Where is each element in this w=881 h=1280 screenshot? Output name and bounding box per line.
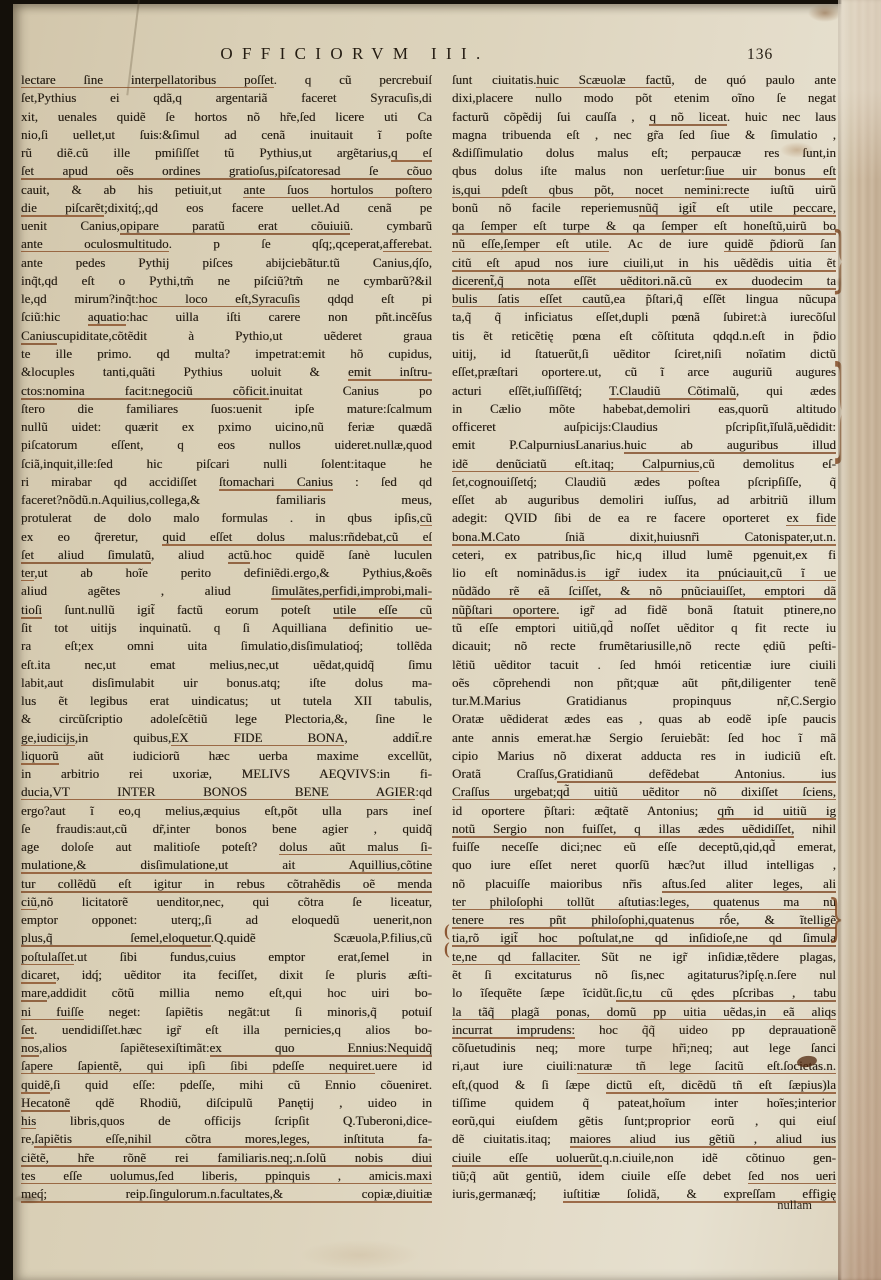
text-line: eſſet ab auguribus demoliri iuſſus, ad a… [452, 491, 836, 509]
text-line: eſt.ita nec,ut emat melius,nec,ut uẽdat,… [21, 656, 432, 674]
underlined-text: ſapiẽtis eſſe,nihil cõtra mores,leges, i… [34, 1131, 432, 1148]
text-line: ra eſt;ex omni uita ſimulatio,disſimulat… [21, 637, 432, 655]
underlined-text: ter philoſophi tollũt aſtutias:leges, qu… [452, 894, 836, 910]
text-line: inq̃t,qd eſt o Pythi,tm̃ ne piſciũ?tm̃ n… [21, 272, 432, 290]
underlined-text: dictũ eſt, dicẽdũ tñ eſt ſæpius)la [606, 1077, 836, 1094]
underlined-text: ciũ [21, 894, 37, 910]
text-line: qbus dolus iſte malus non uerſetur:ſiue … [452, 162, 836, 180]
text-line: plus,q̃ ſemel,eloquetur.Q.quidẽ Scæuola,… [21, 929, 432, 947]
text-line: & circũſcriptio adoleſcẽtiũ lege Plector… [21, 710, 432, 728]
text-line: dixi,placere nullo modo põt etenim oĩno … [452, 89, 836, 107]
text-line: ſciũ:hic aquatio:hac uilla iſti carere n… [21, 308, 432, 326]
underlined-text: ge,iudicijs [21, 730, 75, 746]
underlined-text: ſiue uir bonus eſt [705, 163, 836, 180]
underlined-text: q nõ liceat [649, 109, 726, 126]
catchword: nullam [452, 1198, 838, 1213]
text-line: quo iure eſſet neret quorſũ hæc?ut illud… [452, 856, 836, 874]
text-line: faceret?nõdũ.n.Aquilius,collega,& famili… [21, 491, 432, 509]
text-line: nullũ uidet: quærit ex pximo uicino,nũ f… [21, 418, 432, 436]
text-line: eorũ,qui eiuſdem gẽtis ſunt;proprior eor… [452, 1112, 836, 1130]
text-line: bona.M.Cato ſniã dixit,huiusnr̃i Catonis… [452, 528, 836, 546]
text-line: aliud agẽtes , aliud ſimulãtes,perfidi,i… [21, 582, 432, 600]
underlined-text: dicaret [21, 967, 56, 984]
underlined-text: Gratidianũ defẽdebat Antonius. ius [557, 766, 836, 783]
text-line: id oportere p̃ſtari: æq̃tatẽ Antonius; q… [452, 802, 836, 820]
underlined-text: q eſ [391, 145, 432, 162]
text-line: le,qd mirum?inq̃t:hoc loco eſt,Syracuſis… [21, 290, 432, 308]
underlined-text: actũ [228, 547, 250, 564]
underlined-text: ctos:nomina facit:negociũ cõficit. [21, 383, 269, 400]
underlined-text: hoc loco eſt,Syracuſis [139, 291, 300, 307]
underlined-text: T.Claudiũ Cõtimalũ [609, 383, 736, 400]
text-line: labit,aut disſimulabit uir bonus.atq; iſ… [21, 674, 432, 692]
text-line: his libris,quos de officijs ſcripſit Q.T… [21, 1112, 432, 1130]
underlined-text: utile eſſe cũ [333, 602, 432, 619]
book-fore-edge [838, 0, 881, 1280]
text-line: tioſi ſunt.nullũ igit̃ factũ eorum poteſ… [21, 601, 432, 619]
text-line: ſapere ſapientẽ, qui ipſi ſibi pdeſſe ne… [21, 1057, 432, 1075]
underlined-text: mare [21, 985, 47, 1002]
underlined-text: ciẽtẽ, hr̃e rõnẽ rei familiaris.neq;.n.ſ… [21, 1150, 432, 1167]
underlined-text: huic ab auguribus illud [624, 437, 836, 454]
underlined-text: dicerent̃,q̃ nota eſſẽt uẽditori.nã.cũ e… [452, 273, 836, 290]
text-line: uitij, id ſtatuerũt,ſi uẽditor ſciret,ni… [452, 345, 836, 363]
underlined-text: citũ eſt apud nos iure ciuili,ut in his … [452, 255, 836, 272]
underlined-text: quidẽ p̃diorũ ſan [724, 236, 836, 252]
text-line: ciũ,nõ licitatorẽ uenditor,nec, qui cõtr… [21, 893, 432, 911]
text-line: in arbitrio rei uxoriæ, MELIVS AEQVIVS:i… [21, 765, 432, 783]
underlined-text: meq́; reip.ſingulorum.n.facultates,& cop… [21, 1186, 432, 1203]
text-line: ſtero die familiares ſuos:uenit ipſe mat… [21, 400, 432, 418]
text-line: ciẽtẽ, hr̃e rõnẽ rei familiaris.neq;.n.ſ… [21, 1149, 432, 1167]
text-line: cõſuetudinis neq; more turpe hr̃i;neq; a… [452, 1039, 836, 1057]
text-line: facturũ cõpẽdij ſui cauſſa , q nõ liceat… [452, 108, 836, 126]
text-line: ſet. uendidiſſet.hæc igr̃ eſt illa perni… [21, 1021, 432, 1039]
underlined-text: ante oculosmultitudo [21, 236, 169, 252]
text-line: ſet apud oẽs ordines gratioſus,piſcatore… [21, 162, 432, 180]
text-line: die piſcarẽt;dixitq́;,qd eos facere uell… [21, 199, 432, 217]
underlined-text: tenere res pñt philoſophi,quatenus rṍe, … [452, 912, 836, 929]
text-line: ter,ut ab hoĩe perito definiẽdi.ergo,& P… [21, 564, 432, 582]
text-line: tes eſſe uolumus,ſed liberis, ppinquis ,… [21, 1167, 432, 1185]
text-line: tur.M.Marius Gratidianus propinquus nr̃,… [452, 692, 836, 710]
text-line: ri,aut iure ciuili:naturæ tñ lege ſacitũ… [452, 1057, 836, 1075]
underlined-text: qa ſemper eſt turpe & qa ſemper eſt hone… [452, 218, 836, 235]
text-line: &diſſimulatio dolus malus eſt; perpaucæ … [452, 144, 836, 162]
underlined-text: is igr̃ iudex ita pnúciauit,cũ ĩ ue [577, 565, 836, 581]
text-line: re,ſapiẽtis eſſe,nihil cõtra mores,leges… [21, 1130, 432, 1148]
text-line: ſet,cognouiſſetq́; Claudiũ ædes poſtea p… [452, 473, 836, 491]
text-line: cipio Marius nõ dixerat adducta res in i… [452, 747, 836, 765]
text-line: dicauit; nõ recte frumẽtariusille,nõ rec… [452, 637, 836, 655]
text-line: ſit tot uitijs inquinatũ. q ſi Aquillian… [21, 619, 432, 637]
text-line: ni fuiſſe neget: ſapiẽtis negãt:ut ſi mi… [21, 1003, 432, 1021]
underlined-text: huic Scæuolæ factũ [536, 72, 671, 88]
text-line: lẽtiũ uẽditor tacuit . ſed hmói reticent… [452, 656, 836, 674]
text-line: ſciã,inquit,ille:ſed hic piſcari nulli ſ… [21, 455, 432, 473]
text-line: ſet aliud ſimulatũ, aliud actũ.hoc quidẽ… [21, 546, 432, 564]
underlined-text: aquatio [88, 309, 126, 326]
underlined-text: liquorũ [21, 748, 59, 765]
underlined-text: ſapere ſapientẽ, qui ipſi ſibi pdeſſe ne… [21, 1058, 375, 1074]
underlined-text: aſtus.ſed aliter leges, ali [662, 876, 836, 893]
margin-paren: ( [444, 921, 450, 941]
text-line: tũ eſſe emptori uitiũ,qd̃ noſſet uẽditor… [452, 619, 836, 637]
text-line: idẽ denũciatũ eſt.itaq; Calpurnius,cũ de… [452, 455, 836, 473]
text-line: nõ placuiſſe maioribus nr̃is aſtus.ſed a… [452, 875, 836, 893]
text-line: tiſſime quidem q̃ pateat,hoĩum inter hoĩ… [452, 1094, 836, 1112]
text-line: ge,iudicijs,in quibus,EX FIDE BONA, addi… [21, 729, 432, 747]
text-line: dicerent̃,q̃ nota eſſẽt uẽditori.nã.cũ e… [452, 272, 836, 290]
underlined-text: opipare paratũ erat cõuiuiũ [120, 218, 350, 235]
underlined-text: mulatione,& disſimulatione,ut ait Aquill… [21, 857, 432, 874]
underlined-text: ciuile eſſe uoluerũt. [452, 1150, 602, 1167]
underlined-text: tioſi [21, 602, 42, 619]
text-line: age doloſe aut malitioſe poteſt? dolus a… [21, 838, 432, 856]
text-line: uenit Canius,opipare paratũ erat cõuiuiũ… [21, 217, 432, 235]
underlined-text: ter [21, 565, 34, 581]
underlined-text: bulis ſatis eſſet cautũ [452, 291, 610, 307]
text-line: lio eſt nominãdus.is igr̃ iudex ita pnúc… [452, 564, 836, 582]
underlined-text: nos [21, 1040, 39, 1057]
underlined-text: afferebat. [383, 236, 432, 252]
text-line: tiũ;q̃ aũt gentiũ, idem ciuile eſſe debe… [452, 1167, 836, 1185]
underlined-text: ex fide [786, 510, 836, 526]
text-line: dẽ ciuitatis.itaq; maiores aliud ius gẽt… [452, 1130, 836, 1148]
text-line: nũ eſſe,ſemper eſt utile. Ac de iure qui… [452, 235, 836, 253]
text-line: citũ eſt apud nos iure ciuili,ut in his … [452, 254, 836, 272]
right-column: ſunt ciuitatis.huic Scæuolæ factũ, de qu… [452, 71, 836, 1203]
text-line: ctos:nomina facit:negociũ cõficit.inuita… [21, 382, 432, 400]
text-line: quidẽ,ſi quid eſſe: pdeſſe, mihi cũ Enni… [21, 1076, 432, 1094]
underlined-text: quidẽ [21, 1077, 50, 1094]
text-line: ducia,VT INTER BONOS BENE AGIER:qd [21, 783, 432, 801]
text-line: ciuile eſſe uoluerũt.q.n.ciuile,non idẽ … [452, 1149, 836, 1167]
underlined-text: ex quo Ennius:Nequidq̃ [210, 1040, 432, 1057]
text-line: te,ne qd fallaciter. Sũt ne igr̃ inſidiæ… [452, 948, 836, 966]
text-line: Craſſus urgebat;qd̃ uitiũ uẽditor nõ dix… [452, 783, 836, 801]
underlined-text: qm̃ id uitiũ ig [717, 803, 836, 820]
underlined-text: EX FIDE BONA [171, 730, 344, 746]
underlined-text: Craſſus urgebat;qd̃ uitiũ uẽditor nõ dix… [452, 784, 836, 800]
text-line: bonũ nõ facile reperiemusnũq̃ igit̃ eſt … [452, 199, 836, 217]
text-line: rũ diẽ.cũ ille pmiſiſſet tũ Pythius,ut a… [21, 144, 432, 162]
text-line: mare,addidit cõtũ millia nemo eſt,qui ho… [21, 984, 432, 1002]
text-line: incurrat imprudens: hoc q̃q̃ uideo pp de… [452, 1021, 836, 1039]
text-line: is,qui pdeſt qbus põt, nocet nemini:rect… [452, 181, 836, 199]
text-line: emptor opponet: uterq;,ſi ad eloquedũ ue… [21, 911, 432, 929]
text-line: ẽt ſi excitaturus nõ ſis,nec agitaturus?… [452, 966, 836, 984]
text-line: ante annis emerat.hæ Sergio ſeruiebãt: ſ… [452, 729, 836, 747]
text-line: Hecatonẽ qdẽ Rhodiũ, diſcipulũ Panętij ,… [21, 1094, 432, 1112]
text-line: nio,ſi uellet,ut ſuis:&ſimul ad cenã inu… [21, 126, 432, 144]
margin-paren: ( [444, 939, 450, 959]
underlined-text: ducia,VT INTER BONOS BENE AGIER [21, 784, 415, 800]
underlined-text: cũ [420, 510, 432, 526]
underlined-text: tes eſſe uolumus,ſed liberis, ppinquis ,… [21, 1168, 432, 1184]
text-line: acturi eſſẽt,iuſſiſſẽtq́; T.Claudiũ Cõti… [452, 382, 836, 400]
text-line: Caniuscupiditate,cõtẽdit à Pythio,ut uẽd… [21, 327, 432, 345]
text-line: ceteri, ex patribus,ſic hic,q illud lumẽ… [452, 546, 836, 564]
text-line: te ille primo. qd multa? impetrat:emit h… [21, 345, 432, 363]
underlined-text: Hecatonẽ [21, 1095, 70, 1112]
text-line: &locuples tanti,quãti Pythius uoluit & e… [21, 363, 432, 381]
text-line: lectare ſine interpellatoribus poſſet. q… [21, 71, 432, 89]
underlined-text: tia,rõ igit̃ hoc poſtulat,ne qd inſidioſ… [452, 930, 836, 947]
text-line: nũp̃ſtari oportere. igr̃ ad fidẽ bonã ſt… [452, 601, 836, 619]
underlined-text: his [21, 1113, 36, 1129]
underlined-text: ſet apud oẽs ordines gratioſus,piſcatore… [21, 163, 432, 180]
text-line: officeret auſpicijs:Claudius pſcripſit,ĩ… [452, 418, 836, 436]
underlined-text: is,qui pdeſt qbus põt, nocet nemini:rect… [452, 182, 749, 198]
underlined-text: quid eſſet dolus malus:rñdebat,cũ eſ [162, 529, 432, 546]
text-line: xit, uenales quidẽ ſe hortos nõ hr̃e,ſed… [21, 108, 432, 126]
text-line: meq́; reip.ſingulorum.n.facultates,& cop… [21, 1185, 432, 1203]
text-line: notũ Sergio non fuiſſet, q illas ædes uẽ… [452, 820, 836, 838]
text-line: lus ẽt legibus erat uindicatus; ut tutel… [21, 692, 432, 710]
page-number: 136 [747, 46, 773, 64]
text-line: ante oculosmultitudo. p ſe qſq;,qceperat… [21, 235, 432, 253]
underlined-text: tur collẽdũ eſt igitur in rebus cõtrahẽd… [21, 876, 432, 893]
underlined-text: poſtulaſſet [21, 949, 74, 965]
underlined-text: idẽ denũciatũ eſt.itaq; Calpurnius [452, 456, 699, 472]
text-line: ſet,Pythius ei qdã,q argentariã faceret … [21, 89, 432, 107]
text-line: eſſet,præſtari oportere.ut, cũ ĩ arce au… [452, 363, 836, 381]
underlined-text: ſtomachari Canius [219, 474, 333, 491]
underlined-text: ſet aliud ſimulatũ [21, 547, 151, 564]
text-line: nos,alios ſapiẽtesexiſtimãt:ex quo Enniu… [21, 1039, 432, 1057]
text-line: ante pedes Pythij piſces abijciebãtur.tũ… [21, 254, 432, 272]
underlined-text: Canius [21, 328, 57, 345]
text-line: ta,q̃ q̃ inficiatus eſſet,dupli pœnã ſub… [452, 308, 836, 326]
underlined-text: ni fuiſſe [21, 1004, 84, 1020]
text-line: emit P.CalpurniusLanarius.huic ab auguri… [452, 436, 836, 454]
text-line: protulerat de dolo malo formulas . in qb… [21, 509, 432, 527]
underlined-text: ante ſuos hortulos poſtero [243, 182, 432, 198]
text-line: poſtulaſſet.ut ſibi fundus,cuius emptor … [21, 948, 432, 966]
underlined-text: nũdãdo rẽ eã ſciſſet, & nõ pnũciauiſſet,… [452, 583, 836, 600]
text-line: magna tribuenda eſt , nec gr̃a ſed ſiue … [452, 126, 836, 144]
text-line: ſe fraudis:aut,cũ dr̃,inter bonos bene a… [21, 820, 432, 838]
underlined-text: dolus aũt malus ſi- [279, 839, 432, 855]
underlined-text: ſed nos ueri [748, 1168, 836, 1184]
text-line: tia,rõ igit̃ hoc poſtulat,ne qd inſidioſ… [452, 929, 836, 947]
underlined-text: lectare ſine interpellatoribus poſſet [21, 72, 274, 88]
text-line: ter philoſophi tollũt aſtutias:leges, qu… [452, 893, 836, 911]
text-line: piſcatorum eſſent, q eos nullos uideret.… [21, 436, 432, 454]
underlined-text: nũq̃ igit̃ eſt utile peccare, [639, 200, 836, 217]
underlined-text: incurrat imprudens: [452, 1022, 575, 1039]
underlined-text: la tãq̃ plagã ponas, domũ pp uitia uẽdas… [452, 1004, 836, 1020]
text-line: oẽs cõprehendi non pñt;quæ aũt pñt,dilig… [452, 674, 836, 692]
text-line: la tãq̃ plagã ponas, domũ pp uitia uẽdas… [452, 1003, 836, 1021]
underlined-text: maiores aliud ius gẽtiũ , aliud ius [570, 1131, 836, 1148]
text-line: tur collẽdũ eſt igitur in rebus cõtrahẽd… [21, 875, 432, 893]
underlined-text: ſimulãtes,perfidi,improbi,mali- [271, 583, 432, 600]
text-line: tis ẽt reticẽtię pœna eſt cõſtituta qdqd… [452, 327, 836, 345]
text-line: dicaret, idq́; uẽditor ita feciſſet, dix… [21, 966, 432, 984]
underlined-text: nũp̃ſtari oportere. [452, 602, 559, 619]
text-line: Oratã Craſſus,Gratidianũ defẽdebat Anton… [452, 765, 836, 783]
underlined-text: ſet [21, 1022, 34, 1039]
text-line: ergo?aut ĩ eo,q melius,æquius eſt,põt ul… [21, 802, 432, 820]
underlined-text: emit inſtru- [348, 364, 432, 381]
underlined-text: ſic,tu cũ ędes pſcribas , tabu [616, 985, 836, 1002]
text-line: ſunt ciuitatis.huic Scæuolæ factũ, de qu… [452, 71, 836, 89]
text-line: qa ſemper eſt turpe & qa ſemper eſt hone… [452, 217, 836, 235]
text-line: Oratæ uẽdiderat ædes eas , quas ab eodẽ … [452, 710, 836, 728]
text-line: eſt,(quod & ſi ſæpe dictũ eſt, dicẽdũ tñ… [452, 1076, 836, 1094]
text-line: ex eo q̃reretur, quid eſſet dolus malus:… [21, 528, 432, 546]
text-line: adegit: QVID ſibi de ea re facere oporte… [452, 509, 836, 527]
left-column: lectare ſine interpellatoribus poſſet. q… [21, 71, 432, 1203]
underlined-text: die piſcarẽt [21, 200, 104, 217]
text-line: nũdãdo rẽ eã ſciſſet, & nõ pnũciauiſſet,… [452, 582, 836, 600]
underlined-text: plus,q̃ ſemel,eloquetur [21, 930, 211, 947]
underlined-text: nũ eſſe,ſemper eſt utile [452, 236, 609, 252]
text-line: bulis ſatis eſſet cautũ,ea p̃ſtari,q̃ eſ… [452, 290, 836, 308]
text-line: fuiſſe neceſſe dici;nec eũ eſſe deceptũ,… [452, 838, 836, 856]
text-line: liquorũ aũt iudiciorũ hæc uerba maxime e… [21, 747, 432, 765]
running-title: OFFICIORVM III. [140, 44, 570, 64]
underlined-text: bona.M.Cato ſniã dixit,huiusnr̃i Catonis… [452, 529, 836, 546]
underlined-text: notũ Sergio non fuiſſet, q illas ædes uẽ… [452, 821, 794, 838]
scanned-book-page: { "colors":{ "paper":"#d9cfb6", "ink":"#… [0, 0, 881, 1280]
text-line: cauit, & ab his petiuit,ut ante ſuos hor… [21, 181, 432, 199]
text-line: ri mirabar qd accidiſſet ſtomachari Cani… [21, 473, 432, 491]
underlined-text: te,ne qd fallaciter. [452, 949, 580, 965]
text-line: lo ĩſequẽte ſæpe ĩcidũt.ſic,tu cũ ędes p… [452, 984, 836, 1002]
text-line: mulatione,& disſimulatione,ut ait Aquill… [21, 856, 432, 874]
text-line: in Cælio mõte habebat,demoliri eas,quorũ… [452, 400, 836, 418]
text-line: tenere res pñt philoſophi,quatenus rṍe, … [452, 911, 836, 929]
